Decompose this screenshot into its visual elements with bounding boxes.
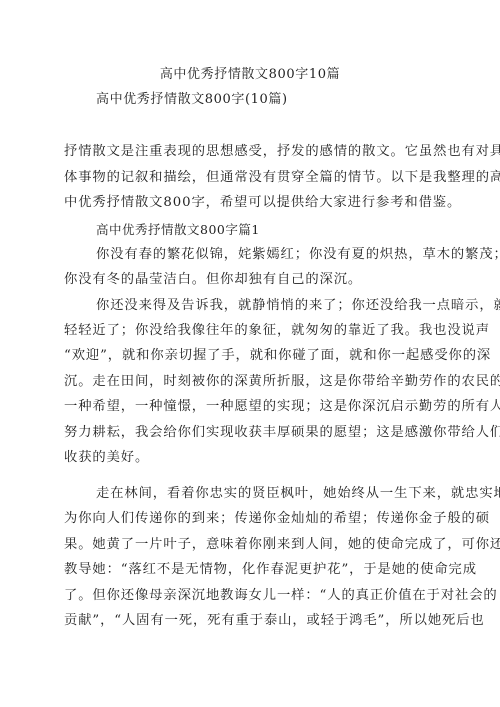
paragraph-line: 一种希望，一种憧憬，一种愿望的实现；这是你深沉启示勤劳的所有人 bbox=[64, 399, 440, 415]
paragraph-line: 果。她黄了一片叶子，意味着你刚来到人间，她的使命完成了，可你还 bbox=[64, 537, 440, 553]
paragraph-line: “欢迎”，就和你亲切握了手，就和你碰了面，就和你一起感受你的深 bbox=[64, 348, 440, 364]
document-subtitle: 高中优秀抒情散文800字(10篇) bbox=[96, 92, 288, 108]
paragraph-line: 沉。走在田间，时刻被你的深黄所折服，这是你带给辛勤劳作的农民的 bbox=[64, 374, 440, 390]
paragraph-line: 走在林间，看着你忠实的贤臣枫叶，她始终从一生下来，就忠实地 bbox=[96, 486, 440, 502]
intro-line: 抒情散文是注重表现的思想感受，抒发的感情的散文。它虽然也有对具 bbox=[64, 144, 440, 160]
section-heading: 高中优秀抒情散文800字篇1 bbox=[96, 222, 260, 238]
paragraph-line: 你没有冬的晶莹洁白。但你却独有自己的深沉。 bbox=[64, 272, 440, 288]
paragraph-line: 收获的美好。 bbox=[64, 450, 440, 466]
paragraph-line: 你还没来得及告诉我，就静悄悄的来了；你还没给我一点暗示，就 bbox=[96, 298, 440, 314]
intro-line: 中优秀抒情散文800字，希望可以提供给大家进行参考和借鉴。 bbox=[64, 195, 440, 211]
paragraph-line: 你没有春的繁花似锦，姹紫嫣红；你没有夏的炽热，草木的繁茂； bbox=[96, 247, 440, 263]
paragraph-line: 贡献”，“人固有一死，死有重于泰山，或轻于鸿毛”，所以她死后也 bbox=[64, 613, 440, 629]
paragraph-line: 轻轻近了；你没给我像往年的象征，就匆匆的靠近了我。我也没说声 bbox=[64, 323, 440, 339]
paragraph-line: 教导她：“落红不是无情物，化作春泥更护花”，于是她的使命完成 bbox=[64, 562, 440, 578]
document-page: 高中优秀抒情散文800字10篇 高中优秀抒情散文800字(10篇) 抒情散文是注… bbox=[0, 0, 500, 707]
intro-line: 体事物的记叙和描绘，但通常没有贯穿全篇的情节。以下是我整理的高 bbox=[64, 170, 440, 186]
paragraph-line: 努力耕耘，我会给你们实现收获丰厚硕果的愿望；这是感激你带给人们 bbox=[64, 425, 440, 441]
paragraph-line: 了。但你还像母亲深沉地教诲女儿一样：“人的真正价值在于对社会的 bbox=[64, 588, 440, 604]
document-title: 高中优秀抒情散文800字10篇 bbox=[0, 67, 500, 83]
paragraph-line: 为你向人们传递你的到来；传递你金灿灿的希望；传递你金子般的硕 bbox=[64, 511, 440, 527]
